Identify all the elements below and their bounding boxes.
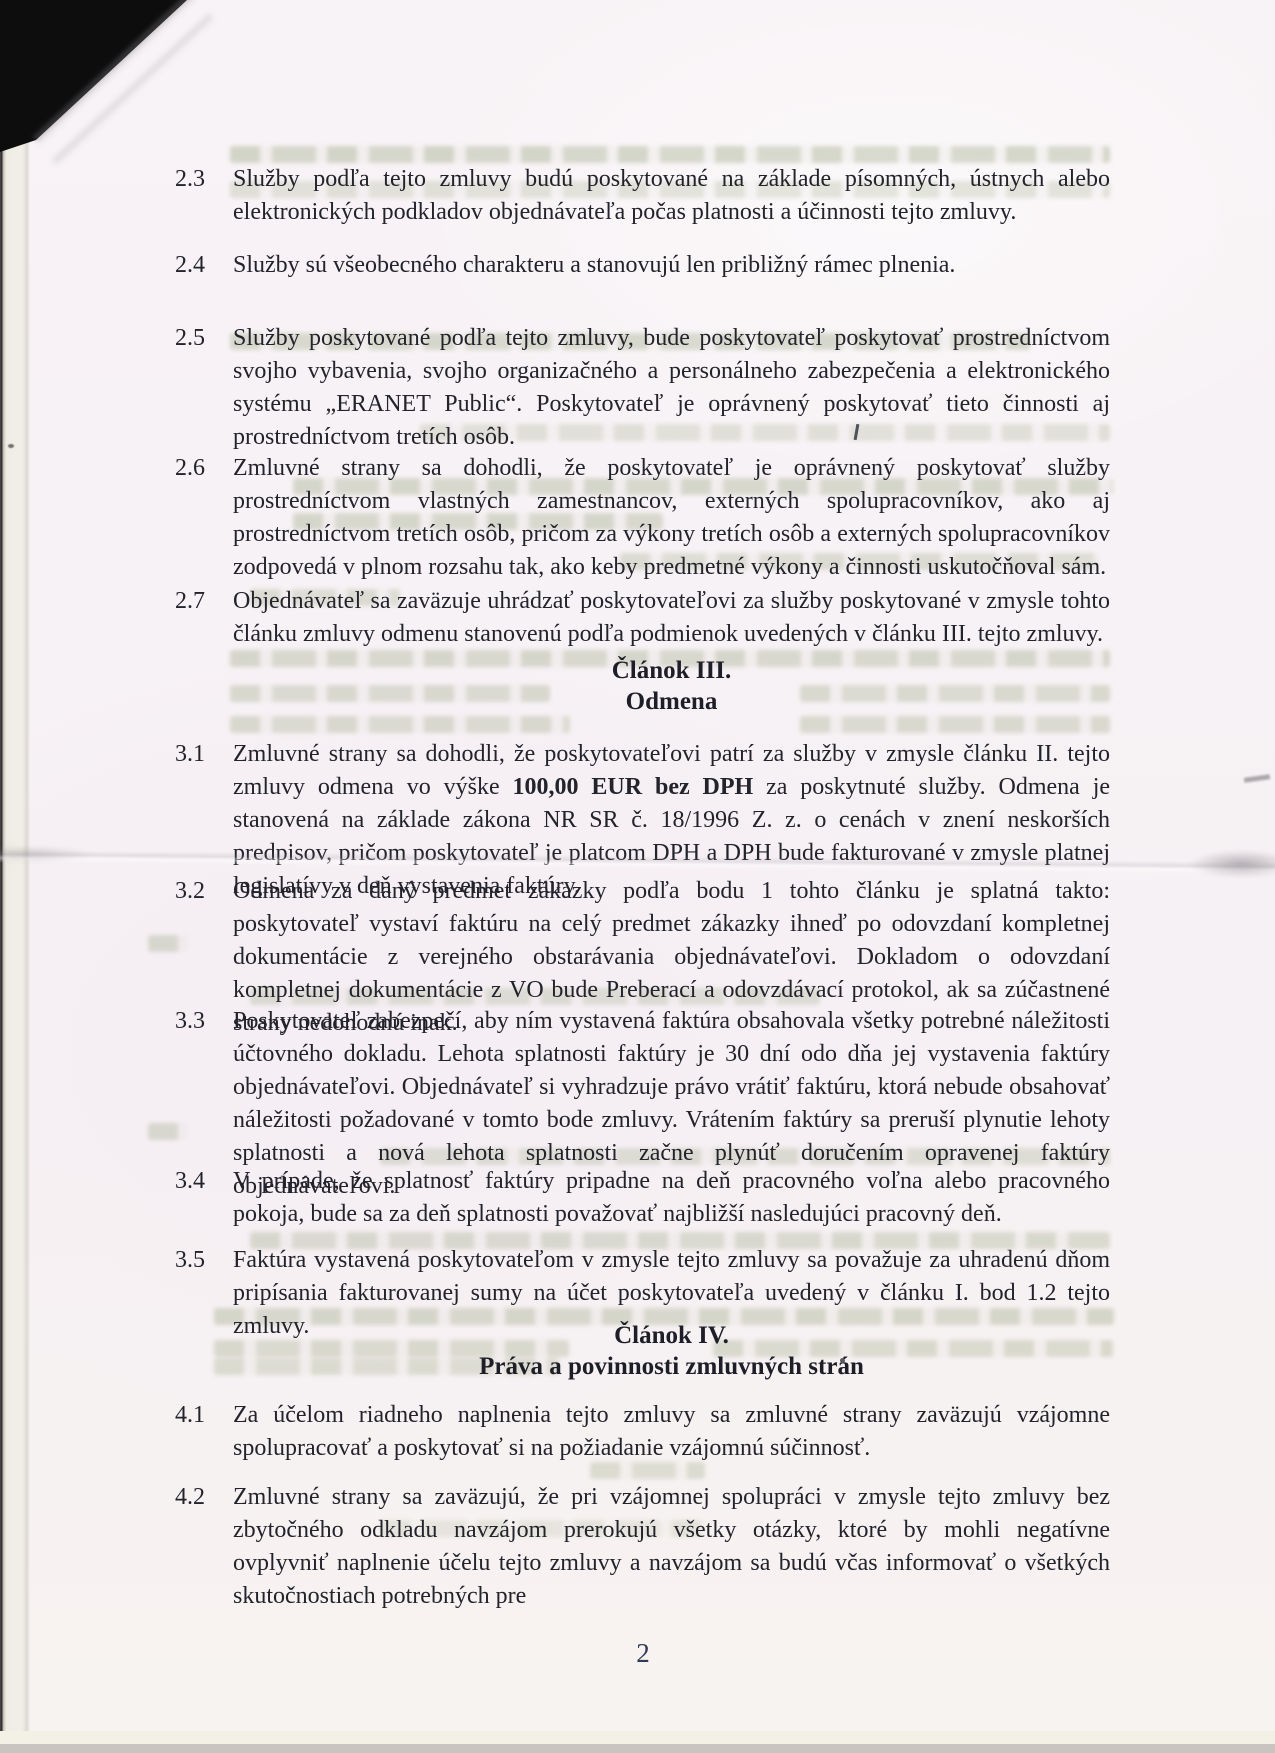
article-3-title: Článok III. bbox=[233, 655, 1110, 686]
article-4-subtitle: Práva a povinnosti zmluvných strán bbox=[233, 1351, 1110, 1382]
bleedthrough-text-line bbox=[148, 935, 188, 952]
paragraph-number: 4.1 bbox=[175, 1399, 231, 1432]
paragraph-text: Služby poskytované podľa tejto zmluvy, b… bbox=[233, 325, 1110, 450]
fold-crease-left-smudge bbox=[0, 846, 90, 862]
bleedthrough-text-line bbox=[148, 1123, 188, 1140]
paragraph-number: 3.1 bbox=[175, 738, 231, 771]
bleedthrough-text-line bbox=[230, 146, 1110, 163]
paragraph-2-3: 2.3 Služby podľa tejto zmluvy budú posky… bbox=[233, 163, 1110, 229]
paragraph-number: 2.6 bbox=[175, 452, 231, 485]
article-3-subtitle: Odmena bbox=[233, 686, 1110, 717]
paragraph-4-1: 4.1 Za účelom riadneho naplnenia tejto z… bbox=[233, 1399, 1110, 1465]
paragraph-text: Zmluvné strany sa dohodli, že poskytovat… bbox=[233, 455, 1110, 580]
scanner-left-edge bbox=[0, 0, 30, 1753]
scanned-contract-page: 2.3 Služby podľa tejto zmluvy budú posky… bbox=[0, 0, 1275, 1753]
paragraph-4-2: 4.2 Zmluvné strany sa zaväzujú, že pri v… bbox=[233, 1481, 1110, 1613]
article-4-heading: Článok IV. Práva a povinnosti zmluvných … bbox=[233, 1320, 1110, 1382]
scanner-bottom-shadow bbox=[0, 1744, 1275, 1753]
paragraph-2-5: 2.5 Služby poskytované podľa tejto zmluv… bbox=[233, 322, 1110, 454]
paragraph-number: 2.3 bbox=[175, 163, 231, 196]
paragraph-text: Služby podľa tejto zmluvy budú poskytova… bbox=[233, 166, 1110, 225]
scanner-bottom-edge bbox=[0, 1731, 1275, 1745]
paragraph-number: 3.4 bbox=[175, 1165, 231, 1198]
paragraph-number: 2.5 bbox=[175, 322, 231, 355]
paragraph-text: Za účelom riadneho naplnenia tejto zmluv… bbox=[233, 1402, 1110, 1461]
paragraph-2-4: 2.4 Služby sú všeobecného charakteru a s… bbox=[233, 249, 1110, 282]
paragraph-number: 3.3 bbox=[175, 1005, 231, 1038]
paragraph-2-7: 2.7 Objednávateľ sa zaväzuje uhrádzať po… bbox=[233, 585, 1110, 651]
paragraph-text: V prípade, že splatnosť faktúry pripadne… bbox=[233, 1168, 1110, 1227]
page-number: 2 bbox=[233, 1638, 1053, 1669]
amount-highlight: 100,00 EUR bez DPH bbox=[513, 774, 754, 800]
article-4-title: Článok IV. bbox=[233, 1320, 1110, 1351]
paragraph-3-4: 3.4 V prípade, že splatnosť faktúry prip… bbox=[233, 1165, 1110, 1231]
paragraph-number: 2.7 bbox=[175, 585, 231, 618]
paragraph-text: Zmluvné strany sa zaväzujú, že pri vzájo… bbox=[233, 1484, 1110, 1609]
article-3-heading: Článok III. Odmena bbox=[233, 655, 1110, 717]
bleedthrough-text-line bbox=[230, 716, 570, 733]
paragraph-text: Služby sú všeobecného charakteru a stano… bbox=[233, 252, 955, 278]
paragraph-text: Objednávateľ sa zaväzuje uhrádzať poskyt… bbox=[233, 588, 1110, 647]
scan-speck bbox=[8, 444, 14, 448]
paragraph-number: 3.2 bbox=[175, 875, 231, 908]
paragraph-number: 4.2 bbox=[175, 1481, 231, 1514]
paragraph-2-6: 2.6 Zmluvné strany sa dohodli, že poskyt… bbox=[233, 452, 1110, 584]
paragraph-number: 3.5 bbox=[175, 1244, 231, 1277]
paragraph-number: 2.4 bbox=[175, 249, 231, 282]
scan-speck bbox=[840, 1358, 845, 1363]
bleedthrough-text-line bbox=[800, 716, 1110, 733]
fold-crease-right-smudge bbox=[1188, 850, 1275, 878]
